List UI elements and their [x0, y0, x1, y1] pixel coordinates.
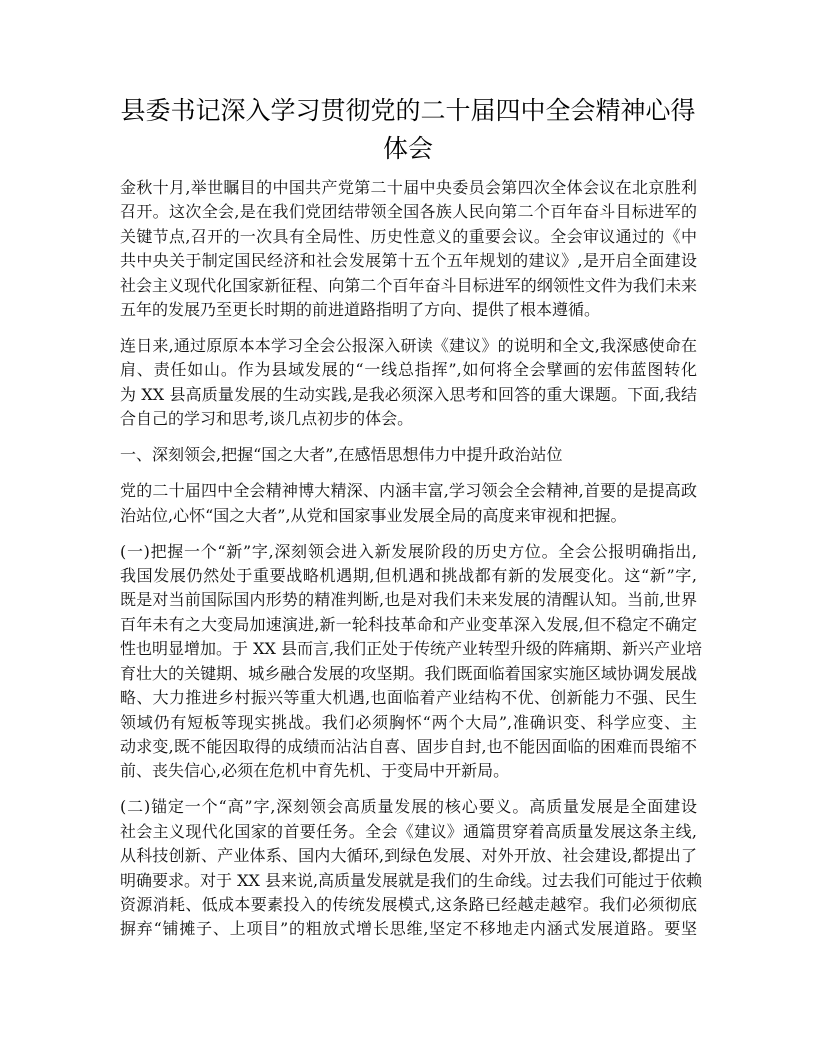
text-line: 合自己的学习和思考,谈几点初步的体会。 — [120, 407, 697, 431]
text-line: 为 XX 县高质量发展的生动实践,是我必须深入思考和回答的重大课题。下面,我结 — [120, 383, 697, 407]
text-line: 治站位,心怀“国之大者”,从党和国家事业发展全局的高度来审视和把握。 — [120, 504, 697, 528]
title-line: 县委书记深入学习贯彻党的二十届四中全会精神心得 — [0, 92, 816, 130]
section-heading-1: 一、深刻领会,把握“国之大者”,在感悟思想伟力中提升政治站位 — [120, 443, 697, 467]
text-line: 关键节点,召开的一次具有全局性、历史性意义的重要会议。全会审议通过的《中 — [120, 225, 697, 249]
document-title: 县委书记深入学习贯彻党的二十届四中全会精神心得 体会 — [0, 92, 816, 168]
text-line: 社会主义现代化国家的首要任务。全会《建议》通篇贯穿着高质量发展这条主线, — [120, 820, 697, 844]
text-line: 社会主义现代化国家新征程、向第二个百年奋斗目标进军的纲领性文件为我们未来 — [120, 274, 697, 298]
text-line: 资源消耗、低成本要素投入的传统发展模式,这条路已经越走越窄。我们必须彻底 — [120, 893, 697, 917]
document-body: 金秋十月,举世瞩目的中国共产党第二十届中央委员会第四次全体会议在北京胜利 召开。… — [120, 176, 697, 953]
text-line: 共中央关于制定国民经济和社会发展第十五个五年规划的建议》,是开启全面建设 — [120, 249, 697, 273]
paragraph-reflection: 连日来,通过原原本本学习全会公报深入研读《建议》的说明和全文,我深感使命在 肩、… — [120, 334, 697, 432]
text-line: 肩、责任如山。作为县域发展的“一线总指挥”,如何将全会擘画的宏伟蓝图转化 — [120, 358, 697, 382]
document-page: 县委书记深入学习贯彻党的二十届四中全会精神心得 体会 金秋十月,举世瞩目的中国共… — [0, 0, 816, 1056]
paragraph-point-high: (二)锚定一个“高”字,深刻领会高质量发展的核心要义。高质量发展是全面建设 社会… — [120, 795, 697, 941]
paragraph-point-new: (一)把握一个“新”字,深刻领会进入新发展阶段的历史方位。全会公报明确指出, 我… — [120, 540, 697, 784]
text-line: 前、丧失信心,必须在危机中育先机、于变局中开新局。 — [120, 759, 697, 783]
text-line: 领域仍有短板等现实挑战。我们必须胸怀“两个大局”,准确识变、科学应变、主 — [120, 711, 697, 735]
heading-line: 一、深刻领会,把握“国之大者”,在感悟思想伟力中提升政治站位 — [120, 443, 697, 467]
text-line: 明确要求。对于 XX 县来说,高质量发展就是我们的生命线。过去我们可能过于依赖 — [120, 869, 697, 893]
text-line: 我国发展仍然处于重要战略机遇期,但机遇和挑战都有新的发展变化。这“新”字, — [120, 564, 697, 588]
text-line: 略、大力推进乡村振兴等重大机遇,也面临着产业结构不优、创新能力不强、民生 — [120, 686, 697, 710]
text-line: (一)把握一个“新”字,深刻领会进入新发展阶段的历史方位。全会公报明确指出, — [120, 540, 697, 564]
text-line: 连日来,通过原原本本学习全会公报深入研读《建议》的说明和全文,我深感使命在 — [120, 334, 697, 358]
text-line: 五年的发展乃至更长时期的前进道路指明了方向、提供了根本遵循。 — [120, 298, 697, 322]
text-line: 摒弃“铺摊子、上项目”的粗放式增长思维,坚定不移地走内涵式发展道路。要坚 — [120, 917, 697, 941]
text-line: 党的二十届四中全会精神博大精深、内涵丰富,学习领会全会精神,首要的是提高政 — [120, 479, 697, 503]
text-line: 从科技创新、产业体系、国内大循环,到绿色发展、对外开放、社会建设,都提出了 — [120, 844, 697, 868]
paragraph-political-stance: 党的二十届四中全会精神博大精深、内涵丰富,学习领会全会精神,首要的是提高政 治站… — [120, 479, 697, 528]
text-line: 动求变,既不能因取得的成绩而沾沾自喜、固步自封,也不能因面临的困难而畏缩不 — [120, 735, 697, 759]
text-line: 百年未有之大变局加速演进,新一轮科技革命和产业变革深入发展,但不稳定不确定 — [120, 613, 697, 637]
text-line: 召开。这次全会,是在我们党团结带领全国各族人民向第二个百年奋斗目标进军的 — [120, 200, 697, 224]
text-line: 性也明显增加。于 XX 县而言,我们正处于传统产业转型升级的阵痛期、新兴产业培 — [120, 637, 697, 661]
text-line: 既是对当前国际国内形势的精准判断,也是对我们未来发展的清醒认知。当前,世界 — [120, 588, 697, 612]
text-line: (二)锚定一个“高”字,深刻领会高质量发展的核心要义。高质量发展是全面建设 — [120, 795, 697, 819]
text-line: 金秋十月,举世瞩目的中国共产党第二十届中央委员会第四次全体会议在北京胜利 — [120, 176, 697, 200]
paragraph-intro: 金秋十月,举世瞩目的中国共产党第二十届中央委员会第四次全体会议在北京胜利 召开。… — [120, 176, 697, 322]
title-line: 体会 — [0, 130, 816, 168]
text-line: 育壮大的关键期、城乡融合发展的攻坚期。我们既面临着国家实施区域协调发展战 — [120, 662, 697, 686]
